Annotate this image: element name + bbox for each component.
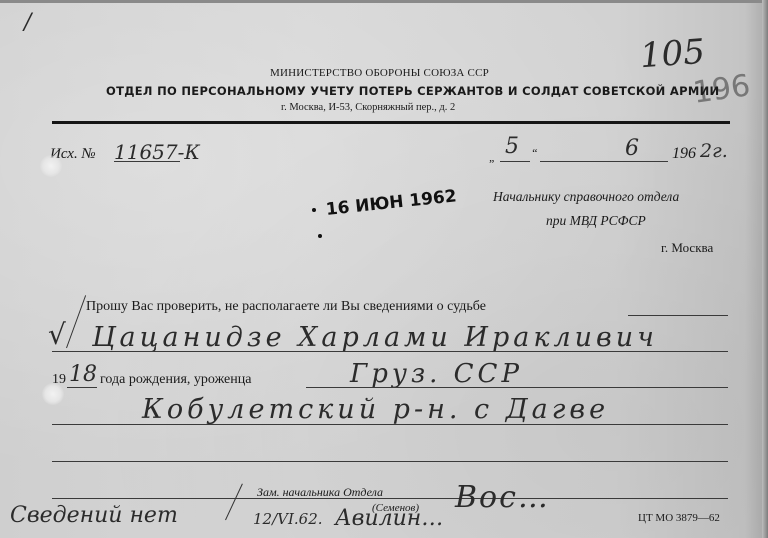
letterhead-address: г. Москва, И-53, Скорняжный пер., д. 2 bbox=[281, 102, 455, 113]
response-slash bbox=[225, 484, 243, 521]
stamp-dot-top bbox=[312, 208, 316, 212]
stamp-dot-bottom bbox=[318, 234, 322, 238]
birthplace-line1: Груз. ССР bbox=[350, 359, 523, 389]
document-page: / 105 196 МИНИСТЕРСТВО ОБОРОНЫ СОЮЗА ССР… bbox=[0, 0, 768, 538]
response-signature: Авилин… bbox=[335, 506, 443, 531]
birthplace-line1-rule bbox=[306, 387, 728, 388]
date-day: 5 bbox=[505, 134, 519, 159]
date-month: 6 bbox=[625, 136, 639, 161]
response-text: Сведений нет bbox=[10, 503, 178, 528]
name-line bbox=[52, 351, 728, 352]
outgoing-number-underline bbox=[114, 161, 180, 162]
letterhead-rule bbox=[52, 121, 730, 124]
punch-hole-top bbox=[40, 155, 62, 177]
person-full-name: Цацанидзе Харлами Иракливич bbox=[92, 322, 658, 353]
ministry-heading: МИНИСТЕРСТВО ОБОРОНЫ СОЮЗА ССР bbox=[270, 67, 489, 79]
birth-year-suffix: 18 bbox=[69, 362, 97, 387]
fate-blank-line bbox=[628, 315, 728, 316]
blank-line bbox=[52, 461, 728, 462]
date-close-quote: “ bbox=[531, 146, 538, 161]
corner-mark: / bbox=[24, 10, 31, 35]
check-mark-stroke bbox=[66, 295, 86, 348]
birth-label: года рождения, уроженца bbox=[100, 372, 251, 388]
date-year-suffix: 2г. bbox=[700, 140, 728, 162]
birthplace-line2: Кобулетский р-н. с Дагве bbox=[142, 394, 609, 425]
page-right-edge bbox=[762, 0, 768, 538]
addressee-line2: при МВД РСФСР bbox=[546, 213, 646, 229]
sheet-number-ink: 105 bbox=[639, 32, 707, 76]
addressee-line1: Начальнику справочного отдела bbox=[493, 189, 679, 205]
birth-year-line bbox=[67, 387, 97, 388]
date-open-quote: „ bbox=[489, 150, 496, 165]
check-mark: √ bbox=[48, 318, 66, 351]
response-date: 12/VI.62. bbox=[253, 510, 323, 528]
date-day-line bbox=[500, 161, 530, 162]
birthplace-line2-rule bbox=[52, 424, 728, 425]
signature-line bbox=[52, 498, 728, 499]
received-date-stamp: 16 ИЮН 1962 bbox=[325, 186, 458, 220]
signatory-signature: Вос… bbox=[455, 480, 550, 515]
date-month-line bbox=[540, 161, 668, 162]
page-top-edge bbox=[0, 0, 768, 3]
birth-year-prefix: 19 bbox=[52, 372, 66, 388]
print-code: ЦТ МО 3879—62 bbox=[638, 512, 720, 524]
date-year-prefix: 196 bbox=[672, 145, 696, 163]
department-heading: ОТДЕЛ ПО ПЕРСОНАЛЬНОМУ УЧЕТУ ПОТЕРЬ СЕРЖ… bbox=[106, 84, 719, 98]
request-intro: Прошу Вас проверить, не располагаете ли … bbox=[86, 299, 486, 315]
addressee-city: г. Москва bbox=[661, 240, 713, 256]
